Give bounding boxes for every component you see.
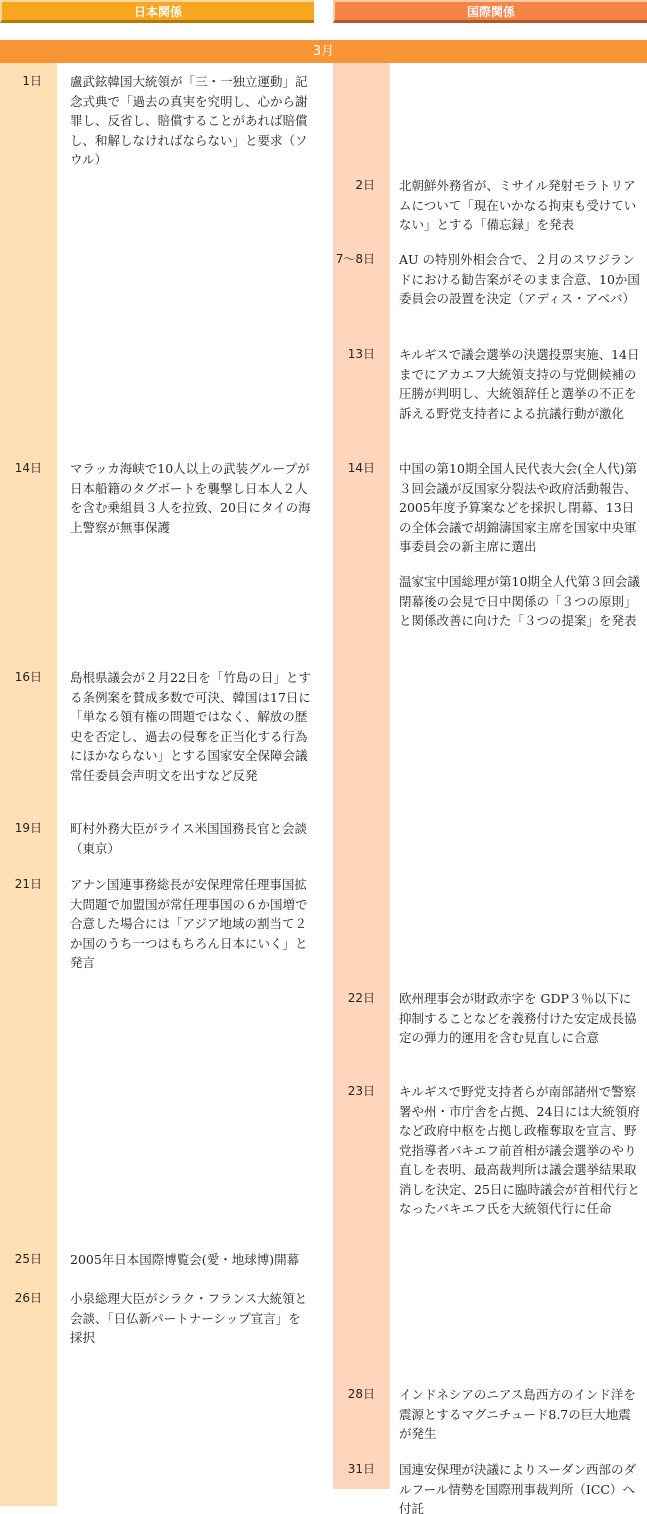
entry-date: 13日 xyxy=(323,345,375,365)
entry-date: 14日 xyxy=(323,459,375,479)
entry-text: 小泉総理大臣がシラク・フランス大統領と会談、「日仏新パートナーシップ宣言」を採択 xyxy=(70,1289,313,1348)
tab-japan-relations[interactable]: 日本関係 xyxy=(0,0,314,23)
entry-text: 町村外務大臣がライス米国国務長官と会談（東京） xyxy=(70,819,313,858)
entry-text: AU の特別外相会合で、２月のスワジランドにおける勧告案がそのまま合意、10か国… xyxy=(399,250,642,309)
entry-text: 2005年日本国際博覧会(愛・地球博)開幕 xyxy=(70,1250,313,1270)
entry-text: 盧武鉉韓国大統領が「三・一独立運動」記念式典で「過去の真実を究明し、心から謝罪し… xyxy=(70,72,313,170)
entry-text: 温家宝中国総理が第10期全人代第３回会議閉幕後の会見で日中関係の「３つの原則」と… xyxy=(399,572,642,631)
entry-text: キルギスで野党支持者らが南部諸州で警察署や州・市庁舎を占拠、24日には大統領府な… xyxy=(399,1082,642,1219)
entry-date: 21日 xyxy=(0,875,42,895)
entry-date: 19日 xyxy=(0,819,42,839)
entry-text: キルギスで議会選挙の決選投票実施、14日までにアカエフ大統領支持の与党側候補の圧… xyxy=(399,345,642,423)
entry-text: 欧州理事会が財政赤字を GDP３％以下に抑制することなどを義務付けた安定成長協定… xyxy=(399,989,642,1048)
tab-international-relations[interactable]: 国際関係 xyxy=(333,0,647,23)
entry-date: 14日 xyxy=(0,459,42,479)
international-date-column xyxy=(333,63,390,1489)
entry-date: 25日 xyxy=(0,1250,42,1270)
entry-date: 2日 xyxy=(323,176,375,196)
entry-text: 国連安保理が決議によりスーダン西部のダルフール情勢を国際刑事裁判所（ICC）へ付… xyxy=(399,1460,642,1514)
entry-text: 島根県議会が２月22日を「竹島の日」とする条例案を賛成多数で可決、韓国は17日に… xyxy=(70,668,313,785)
entry-text: 北朝鮮外務省が、ミサイル発射モラトリアムについて「現在いかなる拘束も受けていない… xyxy=(399,176,642,235)
entry-date: 26日 xyxy=(0,1289,42,1309)
entry-date: 16日 xyxy=(0,668,42,688)
entry-date: 22日 xyxy=(323,989,375,1009)
entry-date: 7～8日 xyxy=(323,250,375,270)
entry-date: 31日 xyxy=(323,1460,375,1480)
entry-date: 1日 xyxy=(0,72,42,92)
entry-text: 中国の第10期全国人民代表大会(全人代)第３回会議が反国家分裂法や政府活動報告、… xyxy=(399,459,642,557)
entry-text: アナン国連事務総長が安保理常任理事国拡大問題で加盟国が常任理事国の６か国増で合意… xyxy=(70,875,313,973)
entry-date: 23日 xyxy=(323,1082,375,1102)
entry-text: インドネシアのニアス島西方のインド洋を震源とするマグニチュード8.7の巨大地震が… xyxy=(399,1385,642,1444)
entry-date: 28日 xyxy=(323,1385,375,1405)
entry-text: マラッカ海峡で10人以上の武装グループが日本船籍のタグボートを襲撃し日本人２人を… xyxy=(70,459,313,537)
month-heading: 3月 xyxy=(0,40,647,63)
